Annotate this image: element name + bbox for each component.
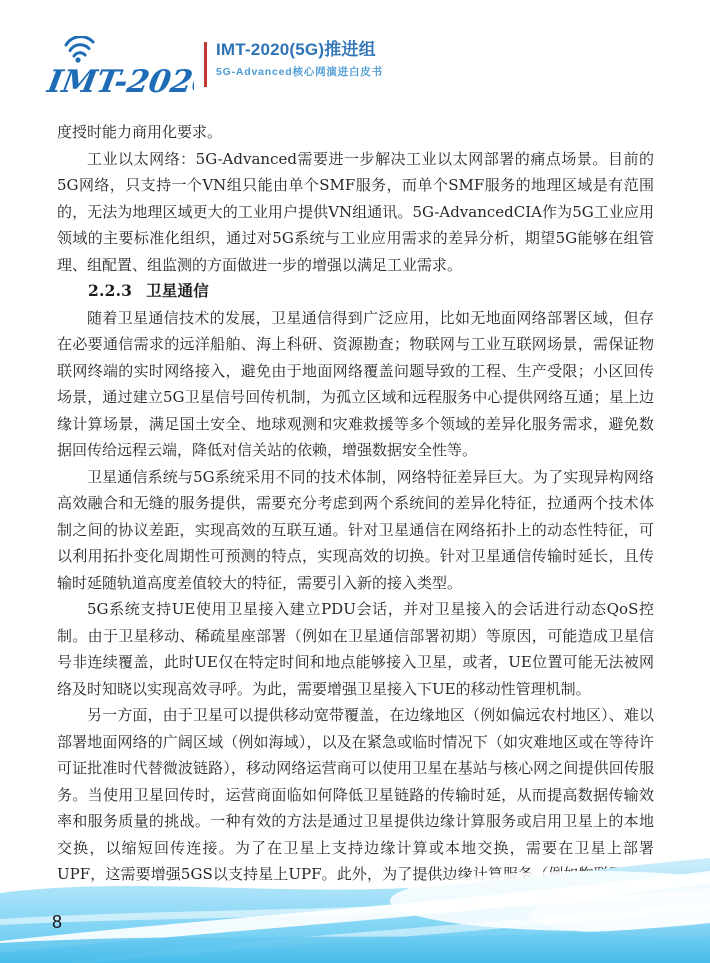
section-heading: 2.2.3卫星通信 (57, 278, 654, 305)
body-paragraph: 另一方面，由于卫星可以提供移动宽带覆盖，在边缘地区（例如偏远农村地区）、难以部署… (57, 702, 654, 914)
header-titles: IMT-2020(5G)推进组 5G-Advanced核心网演进白皮书 (216, 36, 383, 79)
document-body: 度授时能力商用化要求。 工业以太网络：5G-Advanced需要进一步解决工业以… (57, 119, 654, 914)
body-paragraph: 随着卫星通信技术的发展，卫星通信得到广泛应用，比如无地面网络部署区域，但存在必要… (57, 305, 654, 464)
doc-subtitle: 5G-Advanced核心网演进白皮书 (216, 64, 383, 79)
body-paragraph: 卫星通信系统与5G系统采用不同的技术体制，网络特征差异巨大。为了实现异构网络高效… (57, 464, 654, 597)
body-paragraph: 度授时能力商用化要求。 (57, 119, 654, 146)
section-title: 卫星通信 (146, 281, 209, 300)
logo-text: IMT-2020 (44, 64, 194, 100)
header-divider (204, 42, 207, 87)
page-number: 8 (52, 912, 62, 933)
org-title: IMT-2020(5G)推进组 (216, 40, 383, 60)
document-page: IMT-2020 IMT-2020(5G)推进组 5G-Advanced核心网演… (0, 0, 710, 963)
page-header: IMT-2020 IMT-2020(5G)推进组 5G-Advanced核心网演… (44, 36, 383, 100)
body-paragraph: 工业以太网络：5G-Advanced需要进一步解决工业以太网部署的痛点场景。目前… (57, 146, 654, 279)
imt-2020-logo-icon: IMT-2020 (44, 36, 194, 100)
section-number: 2.2.3 (88, 281, 132, 300)
imt-2020-logo: IMT-2020 (44, 36, 194, 100)
body-paragraph: 5G系统支持UE使用卫星接入建立PDU会话，并对卫星接入的会话进行动态QoS控制… (57, 596, 654, 702)
